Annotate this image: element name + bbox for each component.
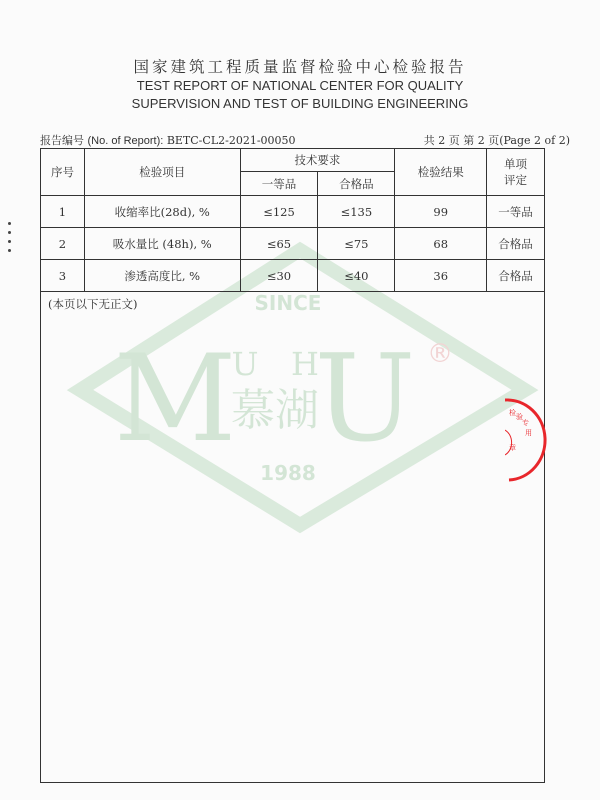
table-row: 2吸水量比 (48h), %≤65≤7568合格品 xyxy=(41,228,545,260)
cell-first: ≤30 xyxy=(240,260,318,292)
svg-text:用: 用 xyxy=(525,429,532,437)
header-requirement: 技术要求 xyxy=(240,149,395,172)
cell-first: ≤65 xyxy=(240,228,318,260)
report-number-label-cn: 报告编号 xyxy=(40,134,84,147)
header-grade-first: 一等品 xyxy=(240,172,318,196)
results-table: 序号 检验项目 技术要求 检验结果 单项 评定 一等品 合格品 1收缩率比(28… xyxy=(40,148,545,292)
cell-seq: 2 xyxy=(41,228,85,260)
report-number-label-en: (No. of Report): xyxy=(88,135,164,147)
cell-result: 68 xyxy=(395,228,487,260)
cell-verdict: 合格品 xyxy=(487,228,545,260)
cell-qualified: ≤75 xyxy=(318,228,395,260)
cell-item: 吸水量比 (48h), % xyxy=(84,228,240,260)
cell-verdict: 合格品 xyxy=(487,260,545,292)
cell-seq: 1 xyxy=(41,196,85,228)
table-row: 3渗透高度比, %≤30≤4036合格品 xyxy=(41,260,545,292)
cell-first: ≤125 xyxy=(240,196,318,228)
header-verdict-line2: 评定 xyxy=(487,172,544,188)
binding-holes xyxy=(8,222,11,258)
report-number-value: BETC-CL2-2021-00050 xyxy=(167,134,296,147)
cell-result: 36 xyxy=(395,260,487,292)
header-item: 检验项目 xyxy=(84,149,240,196)
table-row: 1收缩率比(28d), %≤125≤13599一等品 xyxy=(41,196,545,228)
report-title-en-line1: TEST REPORT OF NATIONAL CENTER FOR QUALI… xyxy=(0,78,600,93)
cell-verdict: 一等品 xyxy=(487,196,545,228)
header-verdict: 单项 评定 xyxy=(487,149,545,196)
header-result: 检验结果 xyxy=(395,149,487,196)
cell-seq: 3 xyxy=(41,260,85,292)
end-of-content-note: (本页以下无正文) xyxy=(48,296,137,312)
official-seal-stamp: 检验专 用章 xyxy=(505,395,565,485)
cell-item: 渗透高度比, % xyxy=(84,260,240,292)
report-number: 报告编号 (No. of Report): BETC-CL2-2021-0005… xyxy=(40,132,296,148)
cell-qualified: ≤40 xyxy=(318,260,395,292)
header-verdict-line1: 单项 xyxy=(487,156,544,172)
svg-text:章: 章 xyxy=(509,443,516,452)
svg-text:专: 专 xyxy=(522,418,529,427)
page-info: 共 2 页 第 2 页(Page 2 of 2) xyxy=(424,132,570,148)
cell-item: 收缩率比(28d), % xyxy=(84,196,240,228)
report-title-cn: 国家建筑工程质量监督检验中心检验报告 xyxy=(0,55,600,77)
header-grade-qualified: 合格品 xyxy=(318,172,395,196)
report-title-en-line2: SUPERVISION AND TEST OF BUILDING ENGINEE… xyxy=(0,96,600,111)
svg-text:检: 检 xyxy=(509,408,516,417)
header-seq: 序号 xyxy=(41,149,85,196)
cell-qualified: ≤135 xyxy=(318,196,395,228)
cell-result: 99 xyxy=(395,196,487,228)
